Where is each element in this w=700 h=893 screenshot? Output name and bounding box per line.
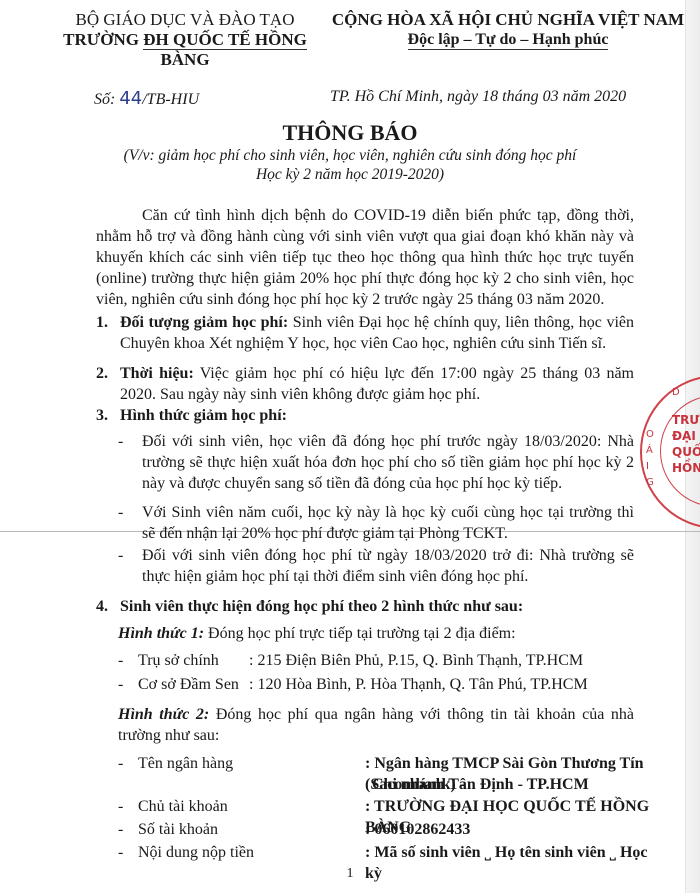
bullet-item: - Đối với sinh viên đóng học phí từ ngày… (118, 545, 634, 587)
handwritten-number: 44 (119, 88, 142, 109)
red-seal-stamp: Ụ C D OÁIG TRƯỜ ĐẠI H QUỐC HỒNG (640, 375, 700, 529)
country-name: CỘNG HÒA XÃ HỘI CHỦ NGHĨA VIỆT NAM (318, 10, 698, 30)
payment-method-2: Hình thức 2: Đóng học phí qua ngân hàng … (118, 704, 634, 746)
section-heading: Đối tượng giảm học phí: (120, 314, 288, 331)
section-heading: Hình thức giảm học phí: (120, 407, 287, 424)
national-motto: Độc lập – Tự do – Hạnh phúc (408, 31, 609, 50)
section-heading: Thời hiệu: (120, 365, 194, 382)
section-2: 2. Thời hiệu: Việc giảm học phí có hiệu … (96, 363, 634, 405)
university-name: TRƯỜNG ĐH QUỐC TẾ HỒNG BÀNG (40, 30, 330, 70)
section-heading: Sinh viên thực hiện đóng học phí theo 2 … (120, 598, 523, 615)
section-4: 4. Sinh viên thực hiện đóng học phí theo… (96, 596, 634, 617)
ministry-name: BỘ GIÁO DỤC VÀ ĐÀO TẠO (40, 10, 330, 30)
intro-paragraph: Căn cứ tình hình dịch bệnh do COVID-19 d… (96, 205, 634, 310)
bullet-item: - Đối với sinh viên, học viên đã đóng họ… (118, 431, 634, 494)
document-number: Số: 44/TB-HIU (94, 88, 199, 109)
document-title: THÔNG BÁO (0, 120, 700, 146)
ministry-header: BỘ GIÁO DỤC VÀ ĐÀO TẠO TRƯỜNG ĐH QUỐC TẾ… (40, 10, 330, 70)
national-header: CỘNG HÒA XÃ HỘI CHỦ NGHĨA VIỆT NAM Độc l… (318, 10, 698, 50)
date-line: TP. Hồ Chí Minh, ngày 18 tháng 03 năm 20… (330, 88, 626, 106)
section-1: 1. Đối tượng giảm học phí: Sinh viên Đại… (96, 312, 634, 354)
payment-method-1: Hình thức 1: Đóng học phí trực tiếp tại … (118, 623, 638, 644)
document-page: BỘ GIÁO DỤC VÀ ĐÀO TẠO TRƯỜNG ĐH QUỐC TẾ… (0, 0, 700, 893)
document-subtitle: (V/v: giảm học phí cho sinh viên, học vi… (110, 146, 590, 184)
section-3: 3. Hình thức giảm học phí: (96, 405, 634, 426)
page-number: 1 (0, 866, 700, 882)
bullet-item: - Với Sinh viên năm cuối, học kỳ này là … (118, 502, 634, 544)
